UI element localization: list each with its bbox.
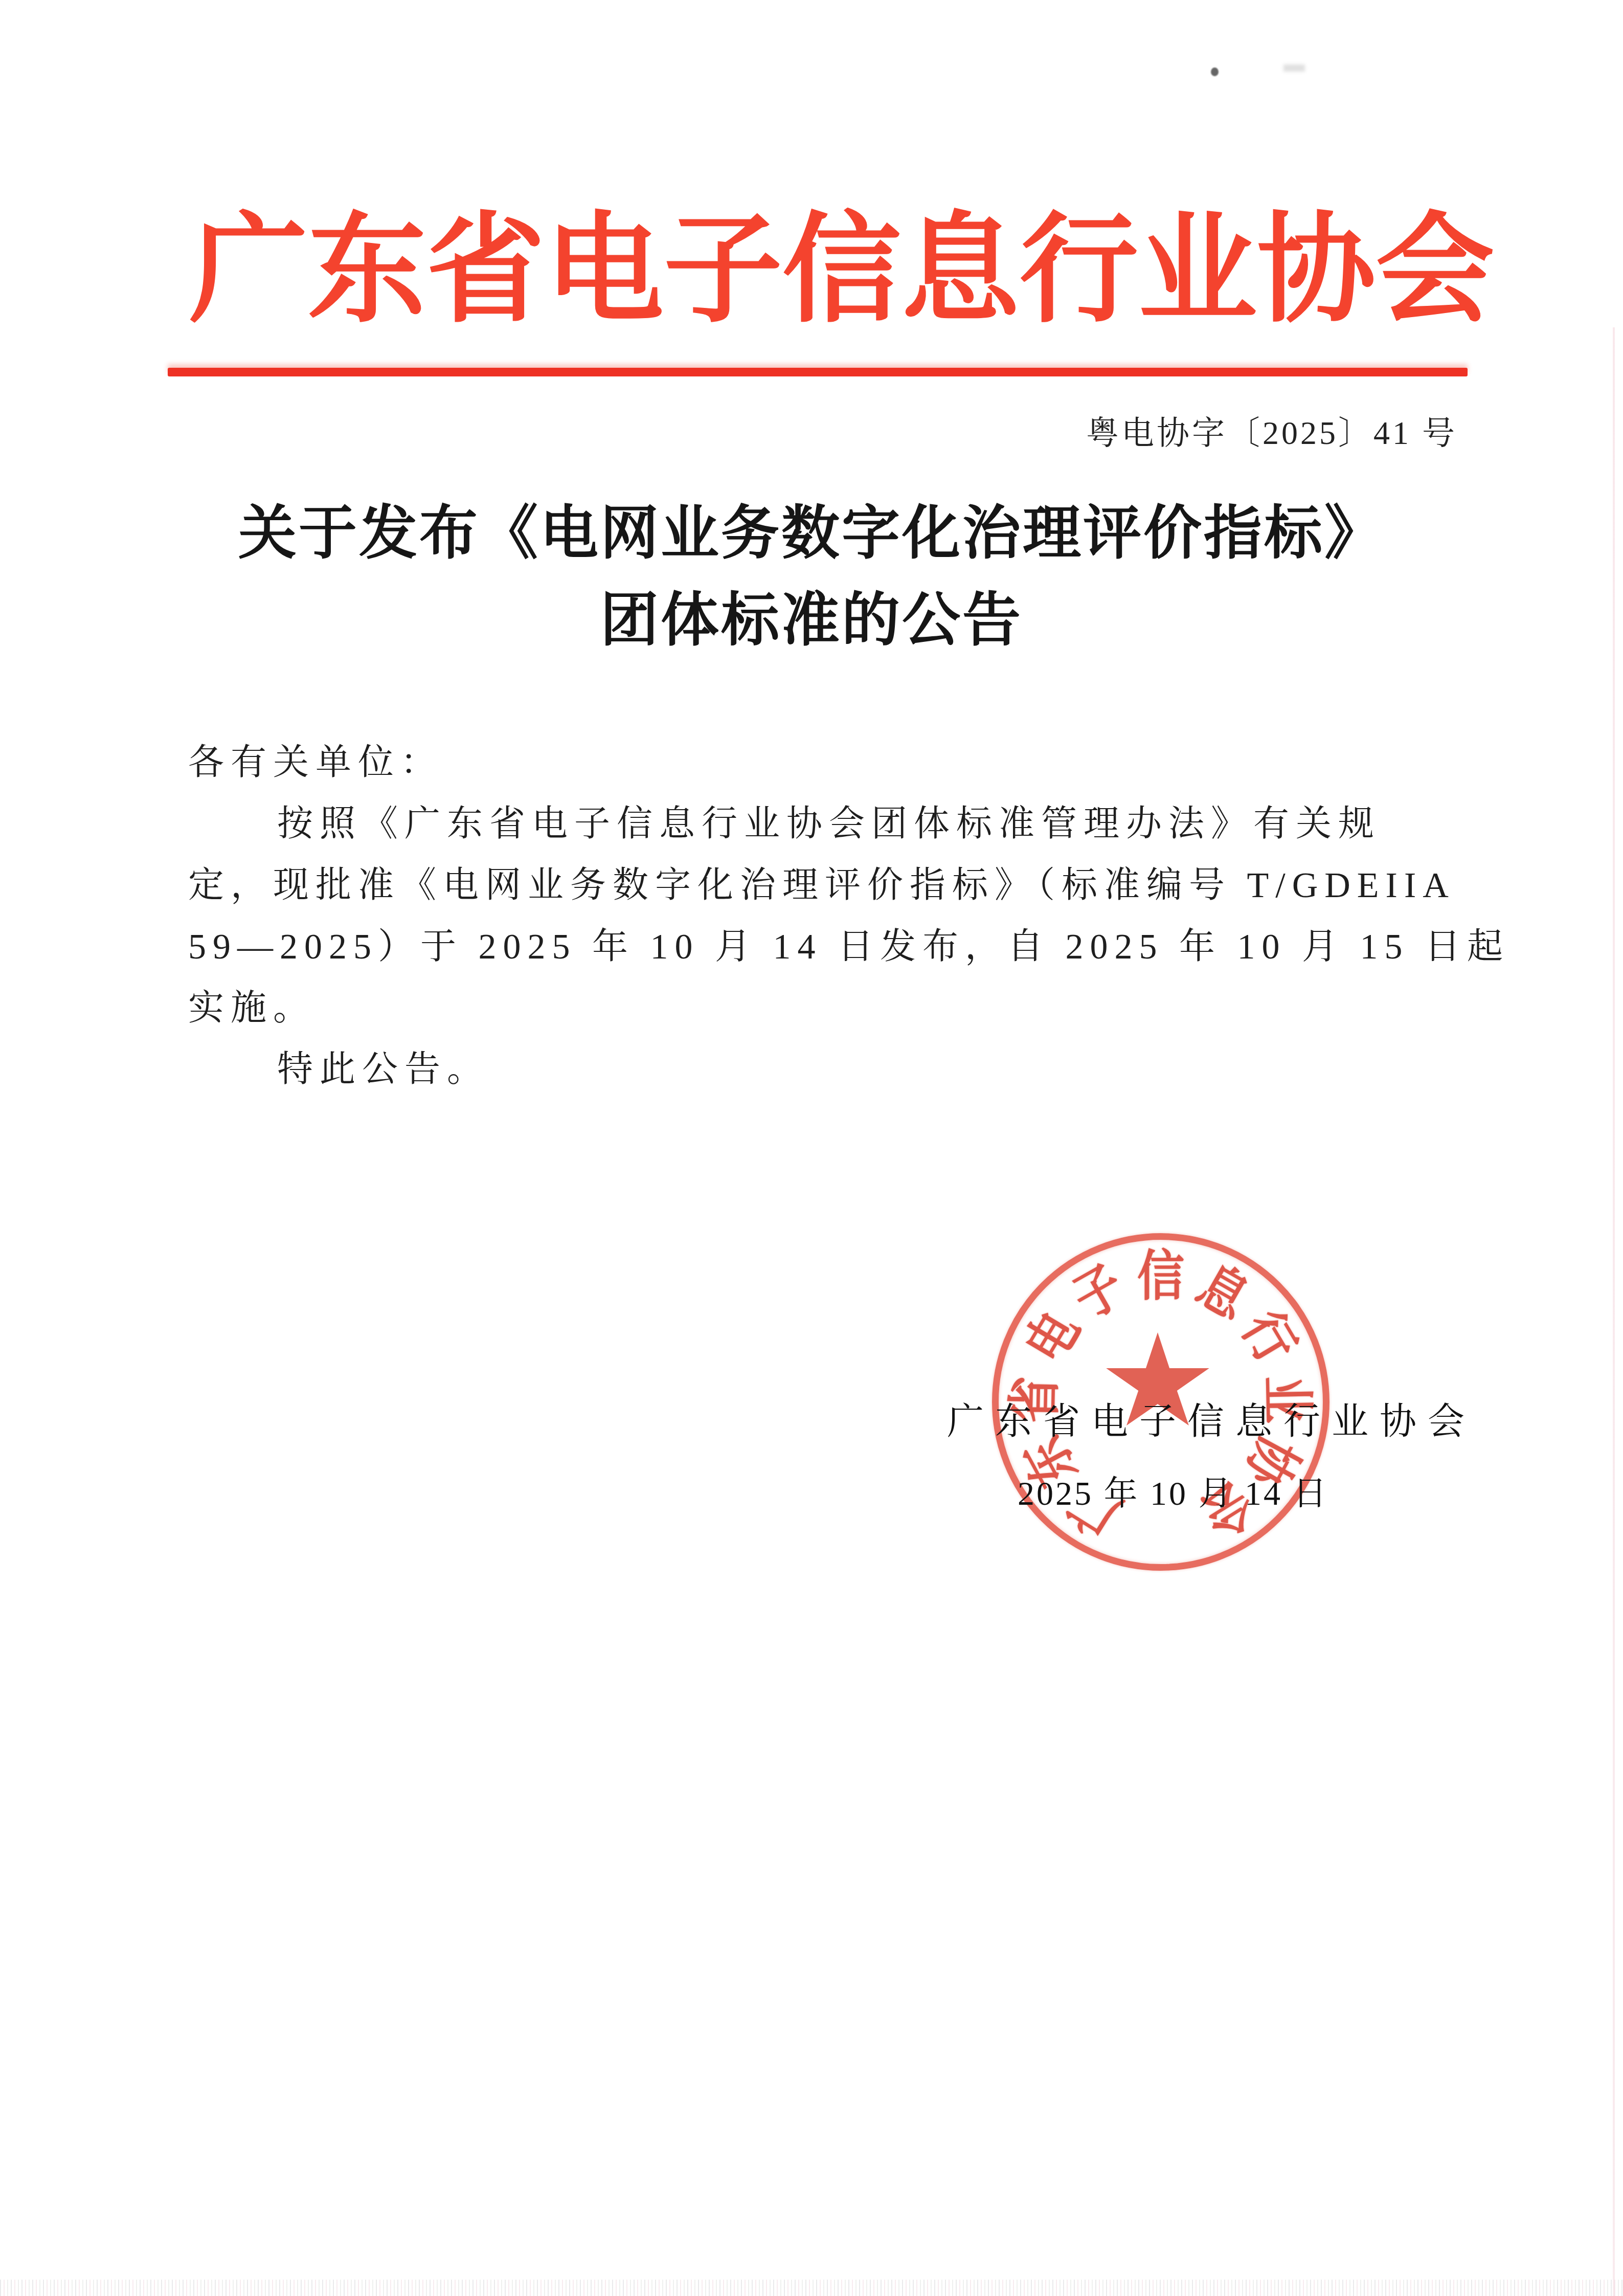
letterhead-red-rule	[168, 368, 1468, 376]
scan-smudge-artifact	[1283, 64, 1305, 72]
letterhead-char: 会	[1376, 209, 1494, 333]
body-line: 特此公告。	[188, 1039, 1451, 1101]
letterhead-char: 信	[782, 209, 901, 333]
doc-number: 粤电协字〔2025〕41 号	[1086, 407, 1457, 454]
ink-dot-artifact	[1211, 68, 1219, 76]
signature-date: 2025 年 10 月 14 日	[1018, 1466, 1329, 1514]
seal-ring-char: 信	[1137, 1233, 1184, 1310]
scan-noise-strip	[0, 2280, 1623, 2296]
letterhead-org-title: 广东省电子信息行业协会	[189, 209, 1478, 342]
document-page: 广东省电子信息行业协会 粤电协字〔2025〕41 号 关于发布《电网业务数字化治…	[0, 0, 1623, 2296]
letterhead-char: 省	[426, 209, 545, 333]
letterhead-char: 行	[1020, 209, 1138, 333]
body-text: 各有关单位： 按照《广东省电子信息行业协会团体标准管理办法》有关规定，现批准《电…	[188, 732, 1451, 1101]
letterhead-char: 子	[664, 209, 782, 333]
body-lines: 按照《广东省电子信息行业协会团体标准管理办法》有关规定，现批准《电网业务数字化治…	[188, 794, 1451, 1101]
letterhead-char: 息	[901, 209, 1020, 333]
letterhead-char: 业	[1138, 209, 1257, 333]
announcement-title-line2: 团体标准的公告	[0, 577, 1623, 664]
body-line: 59—2025）于 2025 年 10 月 14 日发布，自 2025 年 10…	[188, 917, 1451, 978]
signature-org-name: 广东省电子信息行业协会	[947, 1391, 1476, 1444]
letterhead-char: 广	[189, 209, 308, 333]
body-line: 实施。	[188, 978, 1451, 1039]
salutation: 各有关单位：	[188, 732, 1451, 794]
announcement-title: 关于发布《电网业务数字化治理评价指标》 团体标准的公告	[0, 490, 1623, 664]
letterhead-char: 协	[1257, 209, 1376, 333]
announcement-title-line1: 关于发布《电网业务数字化治理评价指标》	[0, 490, 1623, 577]
letterhead-char: 电	[545, 209, 664, 333]
letterhead-char: 东	[308, 209, 426, 333]
body-line: 按照《广东省电子信息行业协会团体标准管理办法》有关规	[188, 794, 1451, 855]
body-line: 定，现批准《电网业务数字化治理评价指标》（标准编号 T/GDEIIA	[188, 855, 1451, 917]
